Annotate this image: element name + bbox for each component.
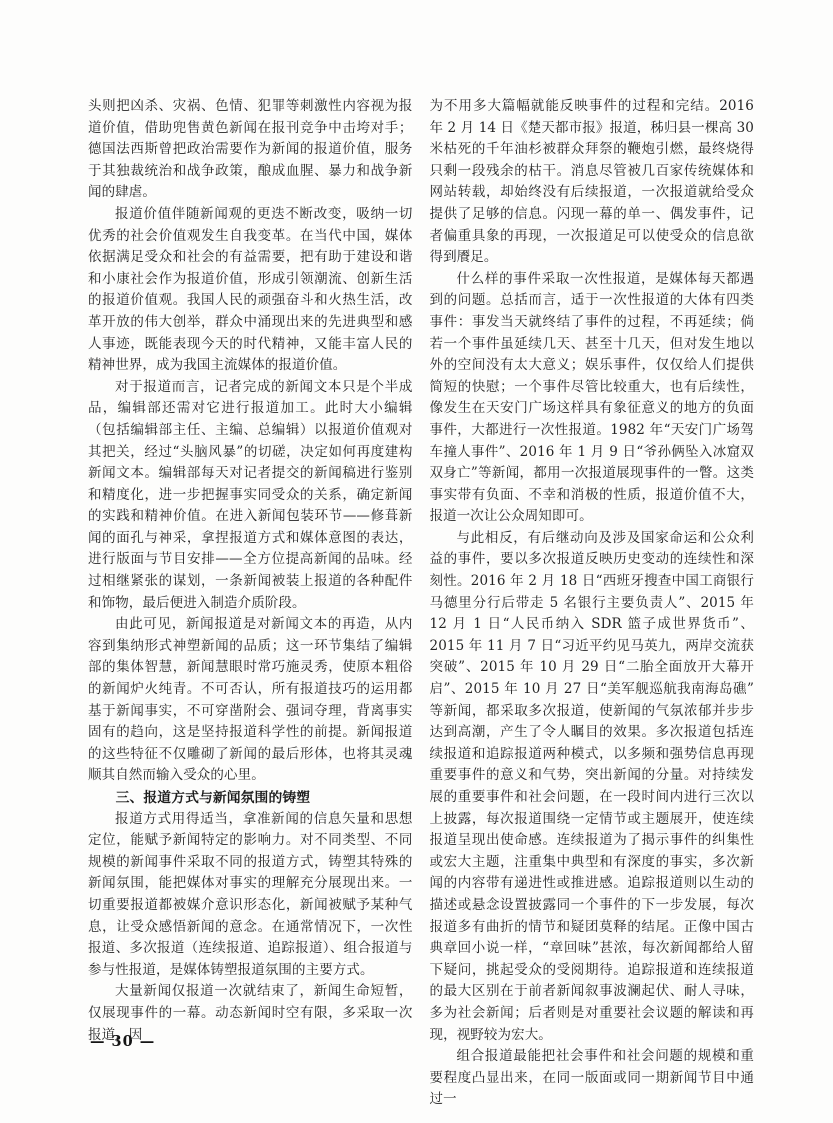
right-column: 为不用多大篇幅就能反映事件的过程和完结。2016 年 2 月 14 日《楚天都市… — [430, 96, 755, 1111]
paragraph: 组合报道最能把社会事件和社会问题的规模和重要程度凸显出来，在同一版面或同一期新闻… — [430, 1046, 755, 1111]
paragraph: 报道方式用得适当，拿准新闻的信息矢量和思想定位，能赋予新闻特定的影响力。对不同类… — [88, 809, 413, 982]
paragraph: 与此相反，有后继动向及涉及国家命运和公众利益的事件，要以多次报道反映历史变动的连… — [430, 528, 755, 1046]
two-column-layout: 头则把凶杀、灾祸、色情、犯罪等刺激性内容视为报道价值，借助兜售黄色新闻在报刊竞争… — [88, 96, 754, 1111]
paragraph: 什么样的事件采取一次性报道，是媒体每天都遇到的问题。总括而言，适于一次性报道的大… — [430, 269, 755, 528]
left-column: 头则把凶杀、灾祸、色情、犯罪等刺激性内容视为报道价值，借助兜售黄色新闻在报刊竞争… — [88, 96, 413, 1111]
document-page: 头则把凶杀、灾祸、色情、犯罪等刺激性内容视为报道价值，借助兜售黄色新闻在报刊竞争… — [0, 0, 833, 1123]
paragraph-continuation: 头则把凶杀、灾祸、色情、犯罪等刺激性内容视为报道价值，借助兜售黄色新闻在报刊竞争… — [88, 96, 413, 204]
paragraph-continuation: 为不用多大篇幅就能反映事件的过程和完结。2016 年 2 月 14 日《楚天都市… — [430, 96, 755, 269]
section-heading: 三、报道方式与新闻氛围的铸塑 — [88, 787, 413, 809]
paragraph: 报道价值伴随新闻观的更迭不断改变，吸纳一切优秀的社会价值观发生自我变革。在当代中… — [88, 204, 413, 377]
paragraph: 对于报道而言，记者完成的新闻文本只是个半成品，编辑部还需对它进行报道加工。此时大… — [88, 377, 413, 615]
paragraph: 由此可见，新闻报道是对新闻文本的再造，从内容到集纳形式神塑新闻的品质；这一环节集… — [88, 614, 413, 787]
page-number: — 30 — — [90, 1033, 155, 1050]
